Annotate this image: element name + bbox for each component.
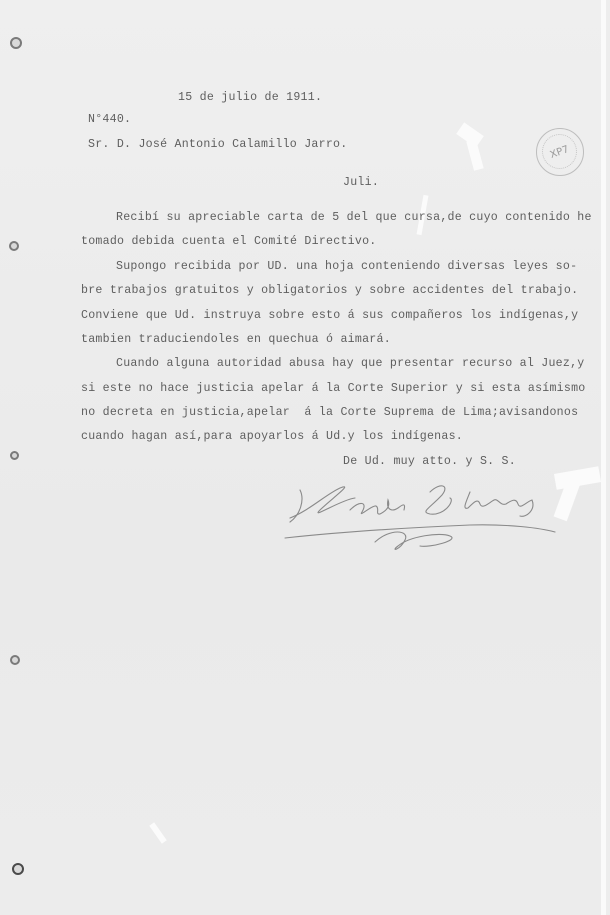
body-line: Cuando alguna autoridad abusa hay que pr…	[116, 357, 584, 370]
punch-hole	[10, 655, 20, 665]
place: Juli.	[343, 176, 379, 189]
body-line: Conviene que Ud. instruya sobre esto á s…	[81, 309, 578, 322]
letter-page: XP7 15 de julio de 1911. N°440. Sr. D. J…	[0, 0, 606, 915]
punch-hole	[10, 451, 19, 460]
addressee: Sr. D. José Antonio Calamillo Jarro.	[88, 138, 347, 151]
letter-date: 15 de julio de 1911.	[178, 91, 322, 104]
punch-hole	[9, 241, 19, 251]
body-line: no decreta en justicia,apelar á la Corte…	[81, 406, 578, 419]
body-line: Supongo recibida por UD. una hoja conten…	[116, 260, 577, 273]
page-edge	[601, 0, 606, 915]
signature: Pedro S. Zulen	[280, 470, 560, 560]
body-line: tambien traduciendoles en quechua ó aima…	[81, 333, 391, 346]
punch-hole	[10, 37, 22, 49]
punch-hole	[12, 863, 24, 875]
paper-tear	[466, 139, 483, 171]
letter-number: N°440.	[88, 113, 131, 126]
body-line: Recibí su apreciable carta de 5 del que …	[116, 211, 592, 224]
body-line: cuando hagan así,para apoyarlos á Ud.y l…	[81, 430, 463, 443]
body-line: si este no hace justicia apelar á la Cor…	[81, 382, 586, 395]
closing: De Ud. muy atto. y S. S.	[343, 455, 516, 468]
body-line: tomado debida cuenta el Comité Directivo…	[81, 235, 377, 248]
archive-stamp: XP7	[536, 128, 584, 176]
paper-tear	[149, 822, 167, 843]
body-line: bre trabajos gratuitos y obligatorios y …	[81, 284, 578, 297]
